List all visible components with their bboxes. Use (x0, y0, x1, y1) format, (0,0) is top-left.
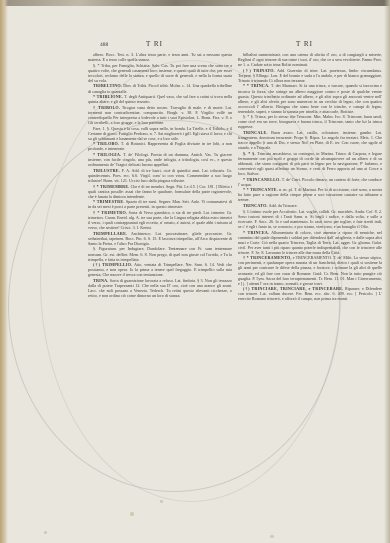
entry-headword: TRINCATO. (243, 203, 268, 208)
entry-definition: albero. Bocc. Test. n. 3. L'altra terza … (88, 52, 232, 62)
dictionary-entry: TRILUSTRE. F. A. Add. di tre lustri, cio… (88, 168, 232, 183)
dictionary-page: 488 T RI T RI albero. Bocc. Test. n. 3. … (88, 40, 382, 302)
dictionary-entry: bilbalini sumministati, con una catena d… (238, 52, 382, 67)
entry-definition: T. dei Marinari. Si fa una trinca, o tur… (238, 83, 382, 113)
foxing-spot (130, 512, 134, 516)
dictionary-entry: TRIBELTINO. Dim. di Tribù. Piccol tribù.… (88, 83, 232, 93)
dictionary-entry: (†) TRIMPELLIO. Atto, ventata di Trimpel… (88, 262, 232, 277)
dictionary-entry: * TRINCANELLO. T. de' Cetri. Piccolo den… (238, 177, 382, 187)
running-head-left: T RI (146, 40, 163, 48)
running-head-right: T RI (296, 40, 313, 48)
dictionary-entry: §. * Tribu, per Famiglia, Schiatta. Salv… (88, 63, 232, 83)
dictionary-entry: TRINA. Sorta di guarnizione lavorata a r… (88, 278, 232, 298)
left-column: albero. Bocc. Test. n. 3. L'altra terza … (88, 52, 232, 302)
dictionary-entry: † * TRIMETRO. Sorta di Verso giambico, o… (88, 210, 232, 230)
dictionary-entry: §. Figuratam. per Indugiare, Dondolare. … (88, 246, 232, 261)
entry-definition: Add. da Trincare. (269, 203, 298, 208)
page-left-edge (0, 0, 8, 543)
dictionary-entry: TRINCALE. Buon avaro. Lat. catillo, colo… (238, 130, 382, 150)
dictionary-entry: * TRINCEA. Allumentaria di coloro, cioè … (238, 230, 382, 255)
entry-definition: bilbalini sumministati, con una catena d… (238, 52, 382, 67)
dictionary-entry: * * TRINCA. T. dei Marinari. Si fa una t… (238, 83, 382, 113)
dictionary-entry: * * TRINCANTE. n. m. pl. T. di Marinai. … (238, 187, 382, 202)
entry-definition: §. L'ottimo vuole per Accalorito. Lat. v… (238, 209, 382, 229)
foxing-spot (270, 535, 274, 538)
dictionary-entry: (†) TRINCIARE, TRINCIARE, e TRINCERARE. … (238, 286, 382, 301)
dictionary-entry: * TRILOGIA. T. de' Filologi. Poesia di u… (88, 152, 232, 167)
entry-definition: Fare, 1. §. Questa è la cosa, valli sopr… (88, 126, 232, 141)
foxing-spot (44, 531, 47, 534)
dictionary-entry: §. * §. Trincato ancasbioso, su contegno… (238, 151, 382, 176)
page-header: 488 T RI T RI (88, 40, 382, 52)
page-top-edge (0, 0, 390, 6)
dictionary-entry: TRIMPELLARE. Anchinesco. Lat. procrastin… (88, 231, 232, 246)
dictionary-entry: Fare, 1. §. Questa è la cosa, valli sopr… (88, 126, 232, 141)
page-right-edge (384, 0, 390, 543)
dictionary-entry: * TRIMESTRE. Spazio di tre mesi. Segner.… (88, 199, 232, 209)
page-number: 488 (100, 42, 108, 48)
dictionary-entry: † * TRINCERAMENTO, e TRINCERAMENTO. T. d… (238, 255, 382, 285)
entry-definition: Trincato ancasbioso, su contegno, in Mar… (238, 151, 382, 176)
dictionary-entry: §. L'ottimo vuole per Accalorito. Lat. v… (238, 209, 382, 229)
right-column: bilbalini sumministati, con una catena d… (238, 52, 382, 302)
foxing-spot (160, 500, 163, 503)
entry-definition: Sorta di guarnizione lavorata a refuso. … (88, 278, 232, 298)
text-columns: albero. Bocc. Test. n. 3. L'altra terza … (88, 52, 382, 302)
entry-definition: §. * Tribu, per Famiglia, Schiatta. Salv… (88, 63, 232, 83)
entry-definition: e TRINCERAMENTO. T. de' Milit. Lo stesso… (238, 255, 382, 285)
dictionary-entry: † TRIBOLO. Tirogiar vana detto nostro. T… (88, 105, 232, 125)
dictionary-entry: (†) TRINATO. Add. Guernito di trine. Lat… (238, 68, 382, 83)
dictionary-entry: albero. Bocc. Test. n. 3. L'altra terza … (88, 52, 232, 62)
dictionary-entry: * TRIBLIONE. T. degli Antiquarii. Quel v… (88, 94, 232, 104)
dictionary-entry: §. * §. Trinca, per lo stesso che Trinco… (238, 114, 382, 129)
entry-definition: §. * §. Trinca, per lo stesso che Trinco… (238, 114, 382, 129)
dictionary-entry: † * TRIMEMBRE. Che è di tre membri. Segn… (88, 184, 232, 199)
dictionary-entry: * TRILOBO. T. di Botanici. Rappresenta d… (88, 141, 232, 151)
dictionary-entry: TRINCATO. Add. da Trincare. (238, 203, 382, 208)
entry-definition: §. Figuratam. per Indugiare, Dondolare. … (88, 246, 232, 261)
